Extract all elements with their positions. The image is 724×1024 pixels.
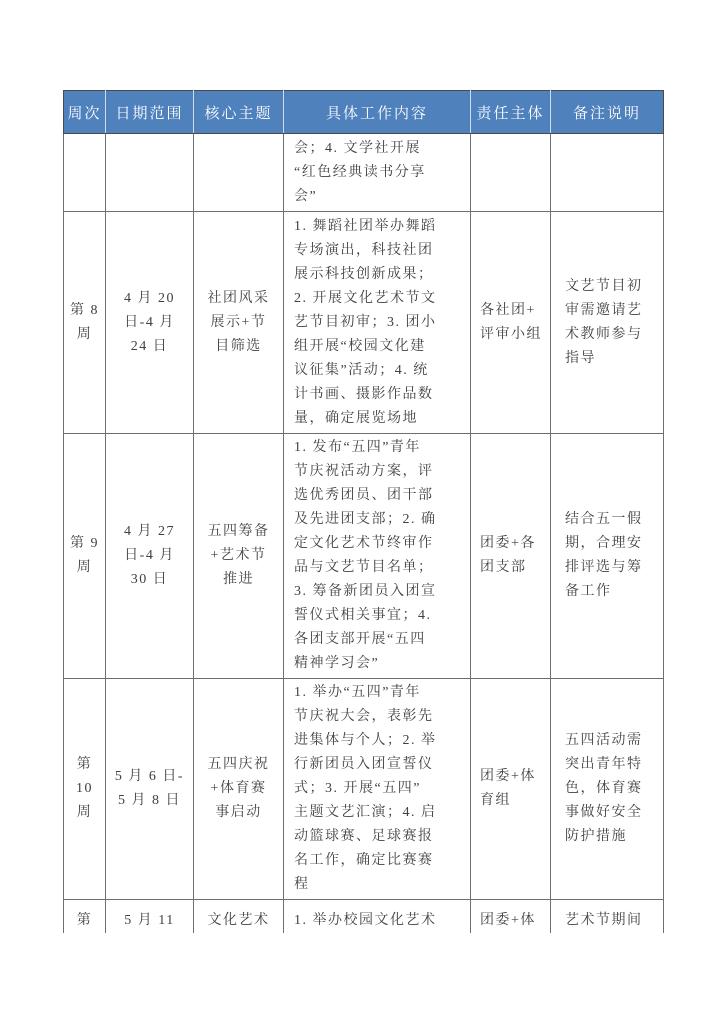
cell-work-content: 会；4. 文学社开展 “红色经典读书分享 会” [284, 134, 471, 212]
cell-notes: 艺术节期间 [551, 900, 664, 934]
cell-core-theme: 社团风采 展示+节 目筛选 [194, 212, 284, 434]
schedule-table: 周次 日期范围 核心主题 具体工作内容 责任主体 备注说明 会；4. 文学社开展… [63, 90, 664, 933]
cell-work-content: 1. 发布“五四”青年 节庆祝活动方案，评 选优秀团员、团干部 及先进团支部；2… [284, 434, 471, 679]
cell-date-range [106, 134, 194, 212]
cell-week: 第 10 周 [64, 679, 106, 900]
column-header-core-theme: 核心主题 [194, 91, 284, 134]
column-header-date-range: 日期范围 [106, 91, 194, 134]
table-row: 第 10 周 5 月 6 日- 5 月 8 日 五四庆祝 +体育赛 事启动 1.… [64, 679, 664, 900]
cell-core-theme: 五四筹备 +艺术节 推进 [194, 434, 284, 679]
cell-responsible: 团委+体 育组 [471, 679, 551, 900]
cell-responsible: 团委+体 [471, 900, 551, 934]
cell-responsible: 各社团+ 评审小组 [471, 212, 551, 434]
cell-date-range: 5 月 6 日- 5 月 8 日 [106, 679, 194, 900]
table-row: 第 9 周 4 月 27 日-4 月 30 日 五四筹备 +艺术节 推进 1. … [64, 434, 664, 679]
table-clip-region: 周次 日期范围 核心主题 具体工作内容 责任主体 备注说明 会；4. 文学社开展… [63, 90, 667, 933]
column-header-week: 周次 [64, 91, 106, 134]
cell-core-theme: 五四庆祝 +体育赛 事启动 [194, 679, 284, 900]
cell-work-content: 1. 举办校园文化艺术 [284, 900, 471, 934]
cell-week: 第 9 周 [64, 434, 106, 679]
cell-notes: 结合五一假 期，合理安 排评选与筹 备工作 [551, 434, 664, 679]
cell-date-range: 4 月 27 日-4 月 30 日 [106, 434, 194, 679]
cell-core-theme [194, 134, 284, 212]
table-row: 第 5 月 11 文化艺术 1. 举办校园文化艺术 团委+体 艺术节期间 [64, 900, 664, 934]
cell-notes: 文艺节目初 审需邀请艺 术教师参与 指导 [551, 212, 664, 434]
cell-week: 第 8 周 [64, 212, 106, 434]
column-header-notes: 备注说明 [551, 91, 664, 134]
column-header-responsible: 责任主体 [471, 91, 551, 134]
document-page: 周次 日期范围 核心主题 具体工作内容 责任主体 备注说明 会；4. 文学社开展… [0, 0, 724, 1024]
cell-work-content: 1. 举办“五四”青年 节庆祝大会，表彰先 进集体与个人；2. 举 行新团员入团… [284, 679, 471, 900]
cell-responsible [471, 134, 551, 212]
table-header-row: 周次 日期范围 核心主题 具体工作内容 责任主体 备注说明 [64, 91, 664, 134]
column-header-work-content: 具体工作内容 [284, 91, 471, 134]
cell-responsible: 团委+各 团支部 [471, 434, 551, 679]
table-row: 第 8 周 4 月 20 日-4 月 24 日 社团风采 展示+节 目筛选 1.… [64, 212, 664, 434]
cell-notes [551, 134, 664, 212]
cell-date-range: 4 月 20 日-4 月 24 日 [106, 212, 194, 434]
cell-week: 第 [64, 900, 106, 934]
table-row: 会；4. 文学社开展 “红色经典读书分享 会” [64, 134, 664, 212]
cell-week [64, 134, 106, 212]
cell-date-range: 5 月 11 [106, 900, 194, 934]
cell-core-theme: 文化艺术 [194, 900, 284, 934]
cell-work-content: 1. 舞蹈社团举办舞蹈 专场演出，科技社团 展示科技创新成果； 2. 开展文化艺… [284, 212, 471, 434]
cell-notes: 五四活动需 突出青年特 色，体育赛 事做好安全 防护措施 [551, 679, 664, 900]
